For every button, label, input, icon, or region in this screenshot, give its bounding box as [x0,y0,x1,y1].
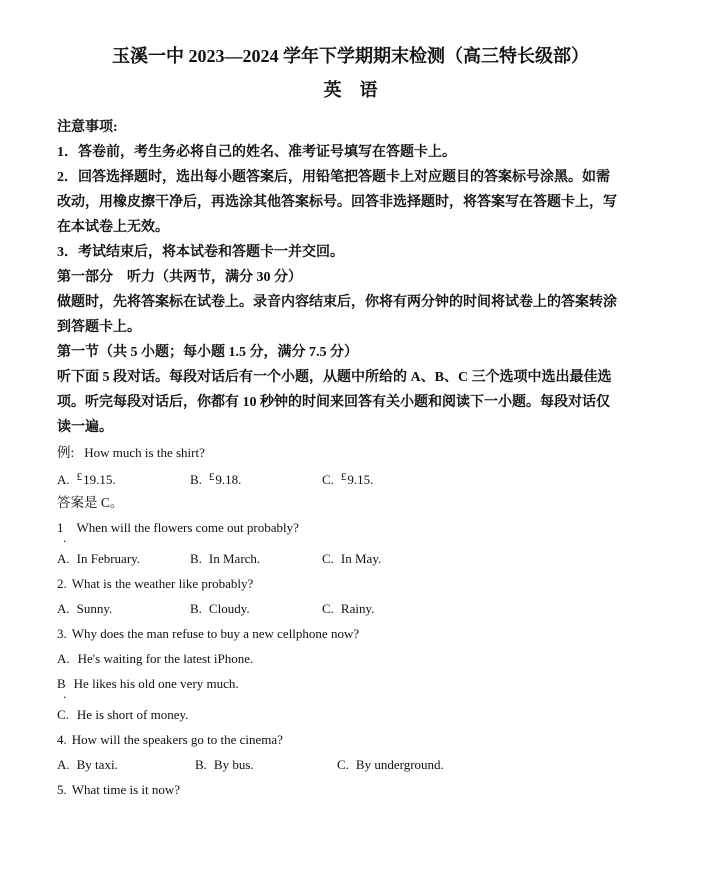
question-4: 4.How will the speakers go to the cinema… [57,727,661,752]
option-b: B.In March. [190,546,260,571]
option-label: A. [57,757,70,772]
option-label: B. [190,551,202,566]
option-c: C.In May. [322,546,381,571]
example-options-row: A.£19.15. B.£9.18. C.£9.15. [57,465,661,490]
option-label: C. [337,757,349,772]
option-text: He's waiting for the latest iPhone. [78,651,254,666]
option-a: A.By taxi. [57,757,118,772]
example-option-a: A.£19.15. [57,472,116,487]
option-label: C. [322,551,334,566]
option-c: C.By underground. [337,752,444,777]
option-text: He likes his old one very much. [74,676,239,691]
question-2: 2.What is the weather like probably? [57,571,661,596]
example-answer: 答案是 C。 [57,490,661,515]
option-label: C. [322,601,334,616]
question-number: 2. [57,576,67,591]
stray-period: . [57,535,661,541]
option-text: Sunny. [77,601,113,616]
option-text: By taxi. [77,757,118,772]
question-4-options: A.By taxi. B.By bus. C.By underground. [57,752,661,777]
option-a: A.Sunny. [57,601,112,616]
option-label: B. [190,472,202,487]
question-number: 4. [57,732,67,747]
question-text: What is the weather like probably? [72,576,254,591]
option-text: 19.15. [83,472,116,487]
question-2-options: A.Sunny. B.Cloudy. C.Rainy. [57,596,661,621]
question-number: 3. [57,626,67,641]
notice-line-2-cont: 改动，用橡皮擦干净后，再选涂其他答案标号。回答非选择题时，将答案写在答题卡上，写 [57,190,661,215]
option-label: A. [57,472,70,487]
option-text: In March. [209,551,260,566]
option-label: C. [57,707,69,722]
question-3-option-a: A.He's waiting for the latest iPhone. [57,646,661,671]
option-label: B. [190,601,202,616]
option-b: B.Cloudy. [190,596,250,621]
question-text: How will the speakers go to the cinema? [72,732,283,747]
question-1-options: A.In February. B.In March. C.In May. [57,546,661,571]
section1-heading: 第一节（共 5 小题；每小题 1.5 分，满分 7.5 分） [57,340,661,365]
exam-paper-page: 玉溪一中 2023—2024 学年下学期期末检测（高三特长级部） 英 语 注意事… [0,0,701,877]
option-text: In February. [77,551,140,566]
pound-sign: £ [77,471,83,483]
option-text: Cloudy. [209,601,250,616]
part1-instruction-1: 做题时，先将答案标在试卷上。录音内容结束后，你将有两分钟的时间将试卷上的答案转涂 [57,290,661,315]
part1-instruction-2: 到答题卡上。 [57,315,661,340]
subject-title: 英 语 [0,79,701,102]
option-c: C.Rainy. [322,596,374,621]
stray-period: . [57,691,661,697]
question-3: 3.Why does the man refuse to buy a new c… [57,621,661,646]
option-label: A. [57,651,70,666]
question-text: Why does the man refuse to buy a new cel… [72,626,359,641]
example-option-b: B.£9.18. [190,465,241,492]
notice-line-2: 2．回答选择题时，选出每小题答案后，用铅笔把答题卡上对应题目的答案标号涂黑。如需 [57,165,661,190]
notice-line-1: 1．答卷前，考生务必将自己的姓名、准考证号填写在答题卡上。 [57,140,661,165]
question-text: When will the flowers come out probably? [77,520,299,535]
question-3-option-c: C.He is short of money. [57,702,661,727]
option-label: B. [195,757,207,772]
example-label: 例: [57,445,74,460]
option-label: C. [322,472,334,487]
notice-heading: 注意事项: [57,115,661,140]
example-question-row: 例:How much is the shirt? [57,440,661,465]
option-label: A. [57,601,70,616]
example-question: How much is the shirt? [84,445,205,460]
notice-line-3: 3．考试结束后，将本试卷和答题卡一并交回。 [57,240,661,265]
option-text: 9.15. [347,472,373,487]
paper-body: 注意事项: 1．答卷前，考生务必将自己的姓名、准考证号填写在答题卡上。 2．回答… [0,115,701,802]
section1-instruction-3: 读一遍。 [57,415,661,440]
option-text: He is short of money. [77,707,188,722]
section1-instruction-2: 项。听完每段对话后，你都有 10 秒钟的时间来回答有关小题和阅读下一小题。每段对… [57,390,661,415]
option-text: Rainy. [341,601,374,616]
option-text: In May. [341,551,381,566]
notice-line-2-end: 在本试卷上无效。 [57,215,661,240]
option-label: A. [57,551,70,566]
question-5: 5.What time is it now? [57,777,661,802]
part1-heading: 第一部分 听力（共两节，满分 30 分） [57,265,661,290]
option-b: B.By bus. [195,752,254,777]
pound-sign: £ [209,471,215,483]
question-number: 5. [57,782,67,797]
page-title: 玉溪一中 2023—2024 学年下学期期末检测（高三特长级部） [0,0,701,68]
option-text: 9.18. [215,472,241,487]
section1-instruction-1: 听下面 5 段对话。每段对话后有一个小题，从题中所给的 A、B、C 三个选项中选… [57,365,661,390]
question-text: What time is it now? [72,782,180,797]
pound-sign: £ [341,471,347,483]
option-text: By bus. [214,757,254,772]
example-option-c: C.£9.15. [322,465,373,492]
option-text: By underground. [356,757,444,772]
option-a: A.In February. [57,551,140,566]
